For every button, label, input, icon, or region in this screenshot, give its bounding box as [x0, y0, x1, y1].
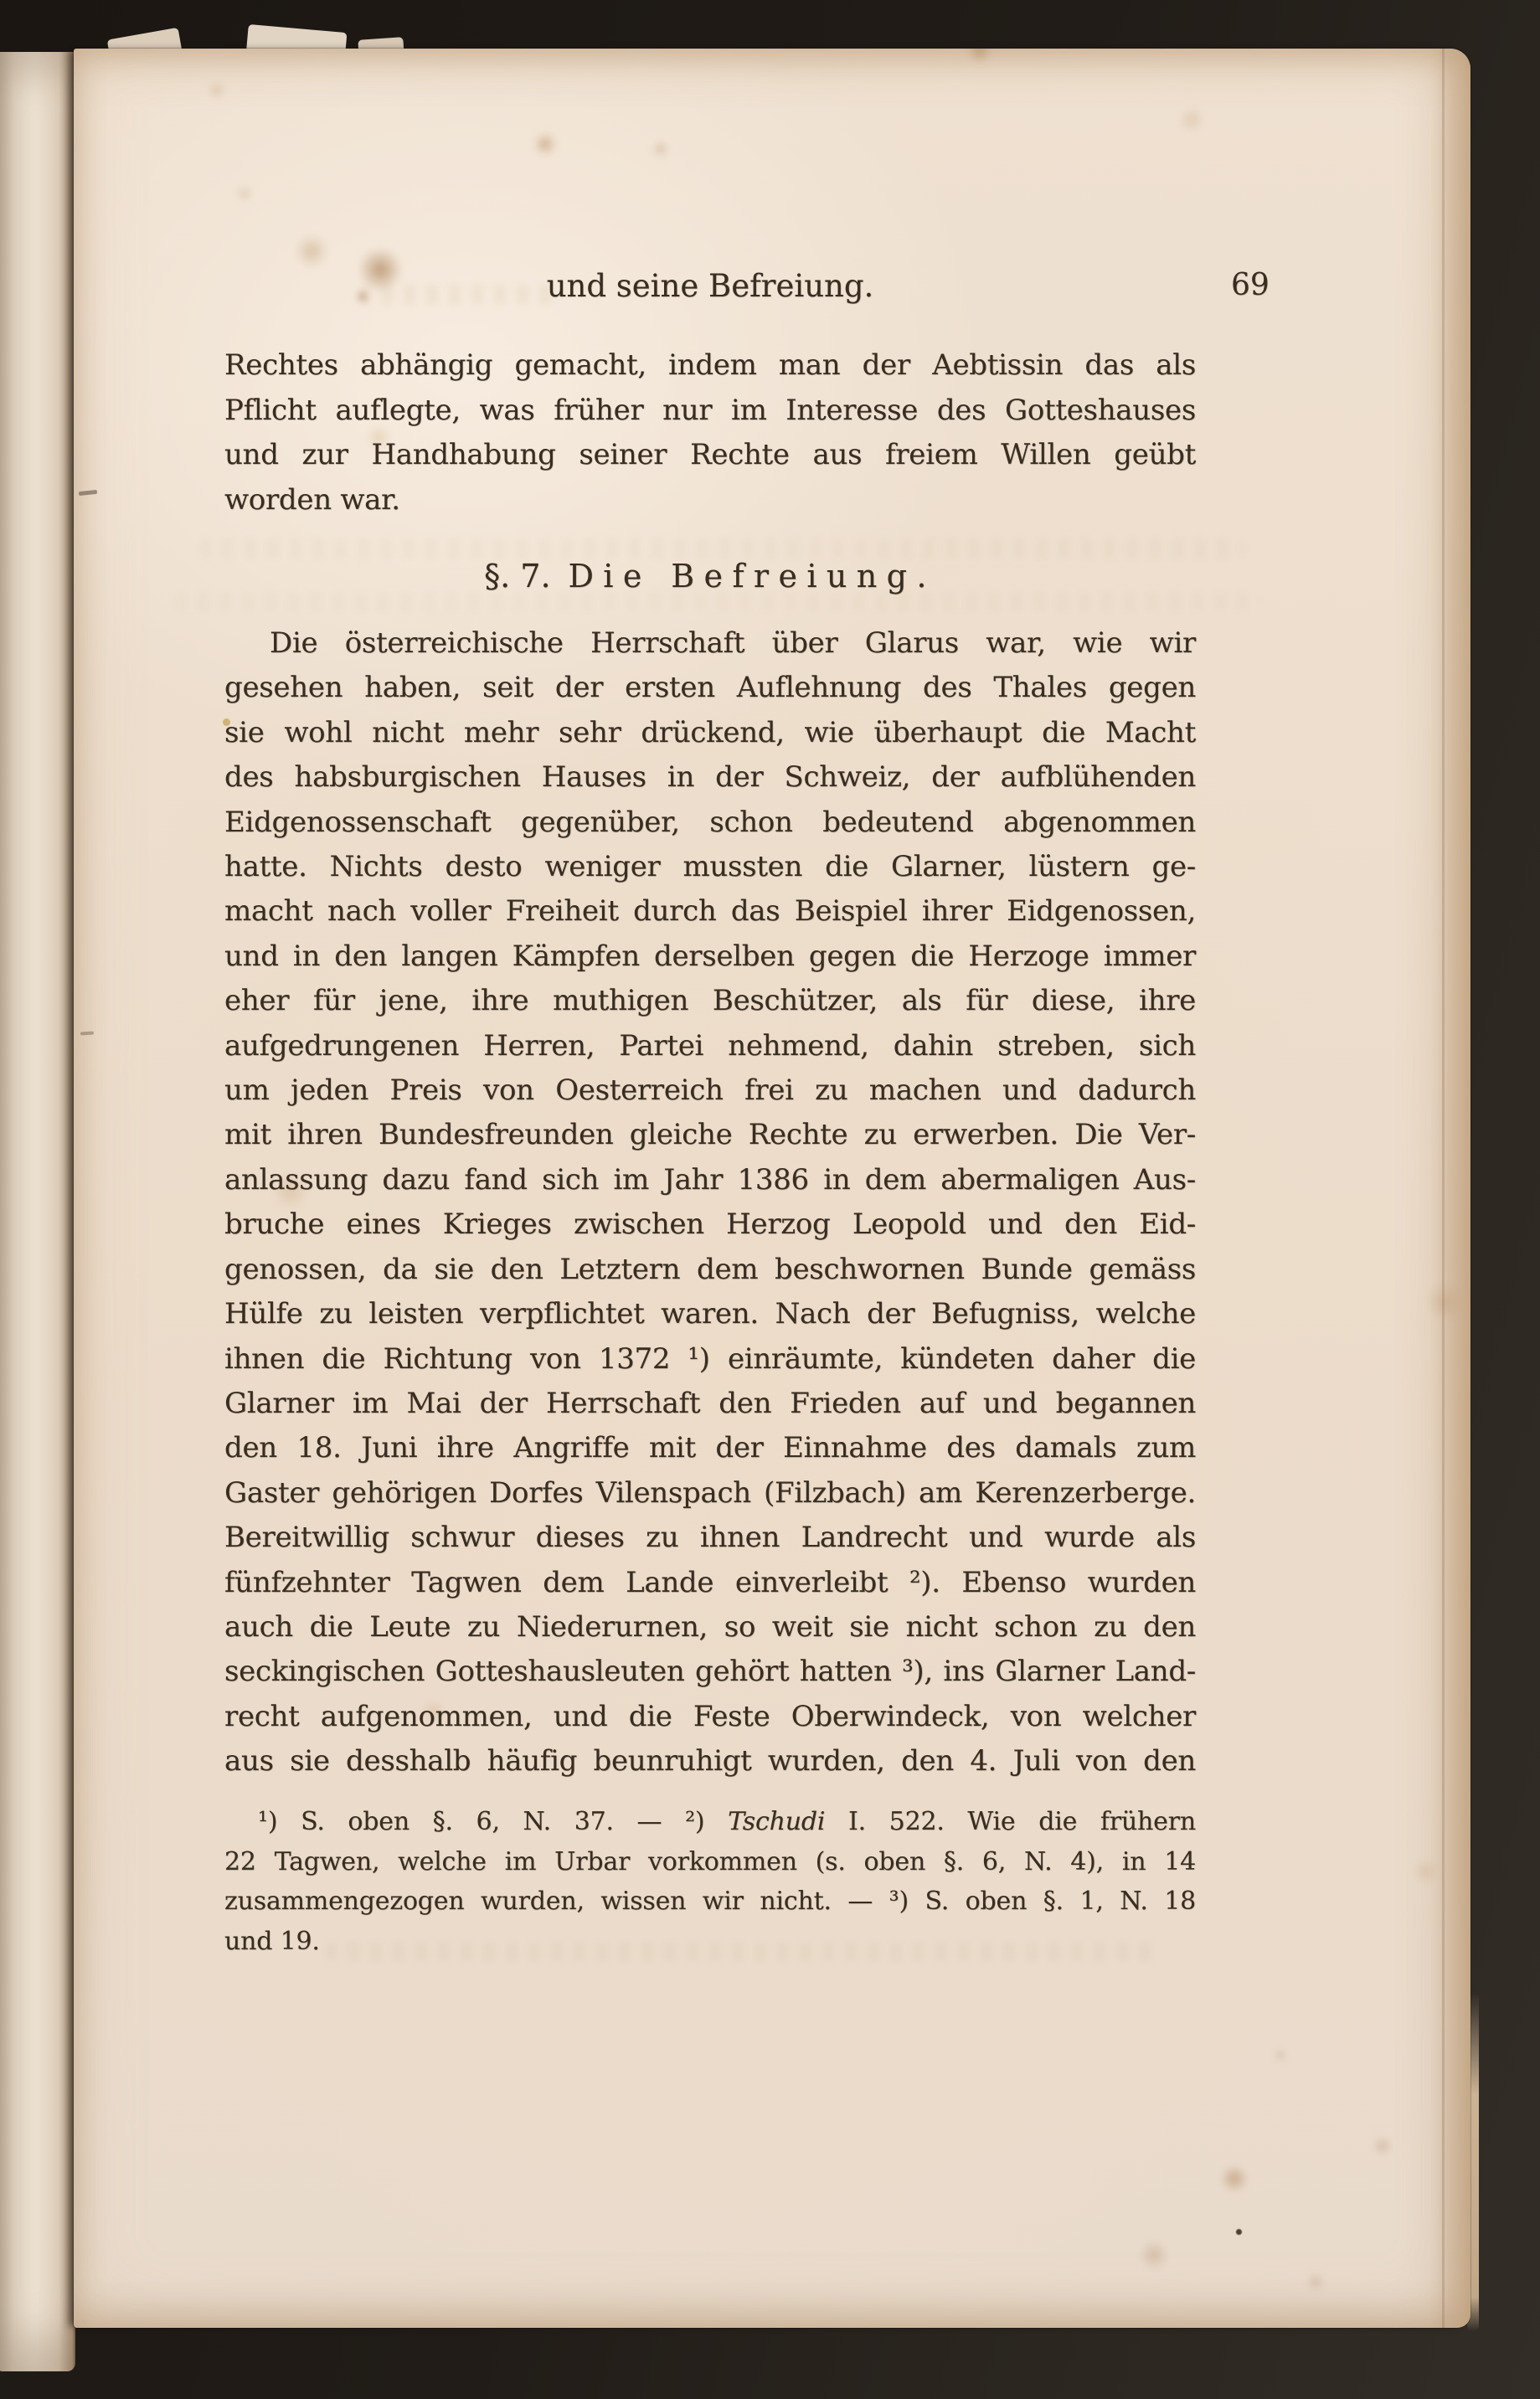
text-line: fünfzehnter Tagwen dem Lande einverleibt…: [224, 1561, 1196, 1605]
text-line: ihnen die Richtung von 1372 ¹) einräumte…: [224, 1337, 1196, 1382]
underlying-page-edge: [0, 52, 75, 2371]
text-line: 22 Tagwen, welche im Urbar vorkommen (s.…: [224, 1842, 1196, 1882]
page-right-edge-shading: [1440, 49, 1470, 2328]
text-line: genossen, da sie den Letztern dem beschw…: [224, 1248, 1196, 1292]
text-line: bruche eines Krieges zwischen Herzog Leo…: [224, 1202, 1196, 1247]
foxing-stain: [652, 141, 670, 157]
text-line: anlassung dazu fand sich im Jahr 1386 in…: [224, 1158, 1196, 1202]
text-line: aus sie desshalb häufig beunruhigt wurde…: [224, 1739, 1196, 1784]
text-segment: ¹) S. oben §. 6, N. 37. — ²): [258, 1807, 728, 1836]
verso-show-through: [199, 538, 1246, 559]
book-page: und seine Befreiung. 69 Rechtes abhängig…: [74, 49, 1470, 2328]
foxing-stain: [208, 82, 226, 99]
foxing-stain: [1306, 2274, 1325, 2289]
text-line: hatte. Nichts desto weniger mussten die …: [224, 845, 1196, 889]
text-line: eher für jene, ihre muthigen Beschützer,…: [224, 979, 1196, 1023]
text-segment: I. 522. Wie die frühern: [825, 1807, 1196, 1836]
text-line: des habsburgischen Hauses in der Schweiz…: [224, 755, 1196, 800]
page-header: und seine Befreiung. 69: [224, 268, 1196, 310]
text-line: Hülfe zu leisten verpflichtet waren. Nac…: [224, 1292, 1196, 1336]
margin-mark: [79, 490, 97, 496]
foxing-stain: [533, 132, 558, 156]
text-line: zusammengezogen wurden, wissen wir nicht…: [224, 1882, 1196, 1922]
foxing-stain: [1372, 2137, 1393, 2155]
ink-speck: [1236, 2229, 1242, 2235]
text-line: Rechtes abhängig gemacht, indem man der …: [224, 343, 1196, 389]
footnote-block: ¹) S. oben §. 6, N. 37. — ²) Tschudi I. …: [224, 1802, 1196, 1961]
text-line: Pflicht auflegte, was früher nur im Inte…: [224, 389, 1196, 434]
text-line: auch die Leute zu Niederurnen, so weit s…: [224, 1605, 1196, 1650]
text-line: und in den langen Kämpfen derselben gege…: [224, 934, 1196, 979]
page-number: 69: [1231, 268, 1270, 302]
section-title: Die Befreiung.: [568, 558, 935, 595]
text-line: Glarner im Mai der Herrschaft den Friede…: [224, 1382, 1196, 1426]
foxing-stain: [1137, 2241, 1171, 2269]
body-paragraph: Die österreichische Herrschaft über Glar…: [224, 621, 1196, 1784]
margin-mark: [80, 1031, 94, 1035]
foxing-stain: [968, 49, 991, 64]
section-heading: §. 7.Die Befreiung.: [224, 558, 1196, 595]
text-line: und 19.: [224, 1922, 1196, 1962]
italic-text: Tschudi: [728, 1807, 825, 1836]
text-line: ¹) S. oben §. 6, N. 37. — ²) Tschudi I. …: [224, 1802, 1196, 1842]
text-line: mit ihren Bundesfreunden gleiche Rechte …: [224, 1113, 1196, 1157]
foxing-stain: [293, 234, 330, 268]
running-title: und seine Befreiung.: [224, 268, 1196, 304]
text-line: aufgedrungenen Herren, Partei nehmend, d…: [224, 1024, 1196, 1068]
text-line: Die österreichische Herrschaft über Glar…: [224, 621, 1196, 666]
foxing-stain: [1275, 2050, 1286, 2060]
text-line: gesehen haben, seit der ersten Auflehnun…: [224, 666, 1196, 710]
foxing-stain: [1427, 1283, 1460, 1321]
text-line: sie wohl nicht mehr sehr drückend, wie ü…: [224, 711, 1196, 755]
text-line: um jeden Preis von Oesterreich frei zu m…: [224, 1068, 1196, 1113]
text-line: seckingischen Gotteshausleuten gehört ha…: [224, 1650, 1196, 1694]
intro-paragraph: Rechtes abhängig gemacht, indem man der …: [224, 343, 1196, 523]
foxing-stain: [1219, 2165, 1249, 2192]
text-line: Gaster gehörigen Dorfes Vilenspach (Filz…: [224, 1471, 1196, 1516]
text-line: und zur Handhabung seiner Rechte aus fre…: [224, 433, 1196, 478]
text-line: macht nach voller Freiheit durch das Bei…: [224, 889, 1196, 934]
verso-show-through: [174, 593, 1263, 611]
foxing-stain: [1414, 1861, 1439, 1882]
text-line: worden war.: [224, 478, 1196, 523]
scanned-book-photo: { "header": { "running_title": "und sein…: [0, 0, 1540, 2399]
text-line: Eidgenossenschaft gegenüber, schon bedeu…: [224, 801, 1196, 845]
text-line: Bereitwillig schwur dieses zu ihnen Land…: [224, 1516, 1196, 1560]
foxing-stain: [236, 186, 253, 201]
foxing-stain: [1177, 107, 1206, 132]
text-line: recht aufgenommen, und die Feste Oberwin…: [224, 1695, 1196, 1739]
text-line: den 18. Juni ihre Angriffe mit der Einna…: [224, 1426, 1196, 1470]
section-number: §. 7.: [484, 558, 550, 595]
